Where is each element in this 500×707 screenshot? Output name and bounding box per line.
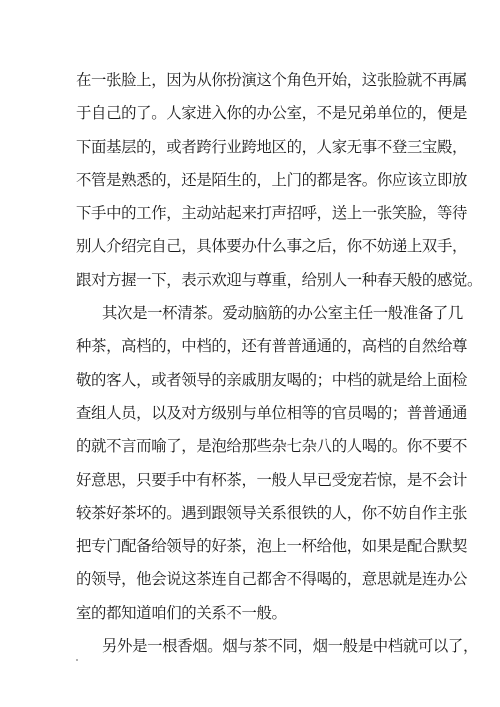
text-line: 的就不言而喻了，是泡给那些杂七杂八的人喝的。你不要不 [76,430,426,463]
text-line: 查组人员，以及对方级别与单位相等的官员喝的；普普通通 [76,397,426,430]
text-line: 不管是熟悉的，还是陌生的，上门的都是客。你应该立即放 [76,164,426,197]
text-line: 下面基层的，或者跨行业跨地区的，人家无事不登三宝殿， [76,131,426,164]
text-line: 好意思，只要手中有杯茶，一般人早已受宠若惊，是不会计 [76,464,426,497]
text-line: 别人介绍完自己，具体要办什么事之后，你不妨递上双手， [76,230,426,263]
text-line: 把专门配备给领导的好茶，泡上一杯给他，如果是配合默契 [76,530,426,563]
text-line: 跟对方握一下，表示欢迎与尊重，给别人一种春天般的感觉。 [76,264,426,297]
stray-mark [76,659,78,661]
paragraph-start-line: 其次是一杯清茶。爱动脑筋的办公室主任一般准备了几 [76,297,426,330]
text-line: 种茶，高档的，中档的，还有普普通通的，高档的自然给尊 [76,330,426,363]
text-line: 在一张脸上，因为从你扮演这个角色开始，这张脸就不再属 [76,64,426,97]
text-line: 于自己的了。人家进入你的办公室，不是兄弟单位的，便是 [76,97,426,130]
text-line: 室的都知道咱们的关系不一般。 [76,597,426,630]
text-line: 下手中的工作，主动站起来打声招呼，送上一张笑脸，等待 [76,197,426,230]
text-line: 较茶好茶坏的。遇到跟领导关系很铁的人，你不妨自作主张 [76,497,426,530]
document-body: 在一张脸上，因为从你扮演这个角色开始，这张脸就不再属 于自己的了。人家进入你的办… [76,64,426,663]
text-line: 敬的客人，或者领导的亲戚朋友喝的；中档的就是给上面检 [76,364,426,397]
text-line: 的领导，他会说这茶连自己都舍不得喝的，意思就是连办公 [76,563,426,596]
paragraph-start-line: 另外是一根香烟。烟与茶不同，烟一般是中档就可以了， [76,630,426,663]
